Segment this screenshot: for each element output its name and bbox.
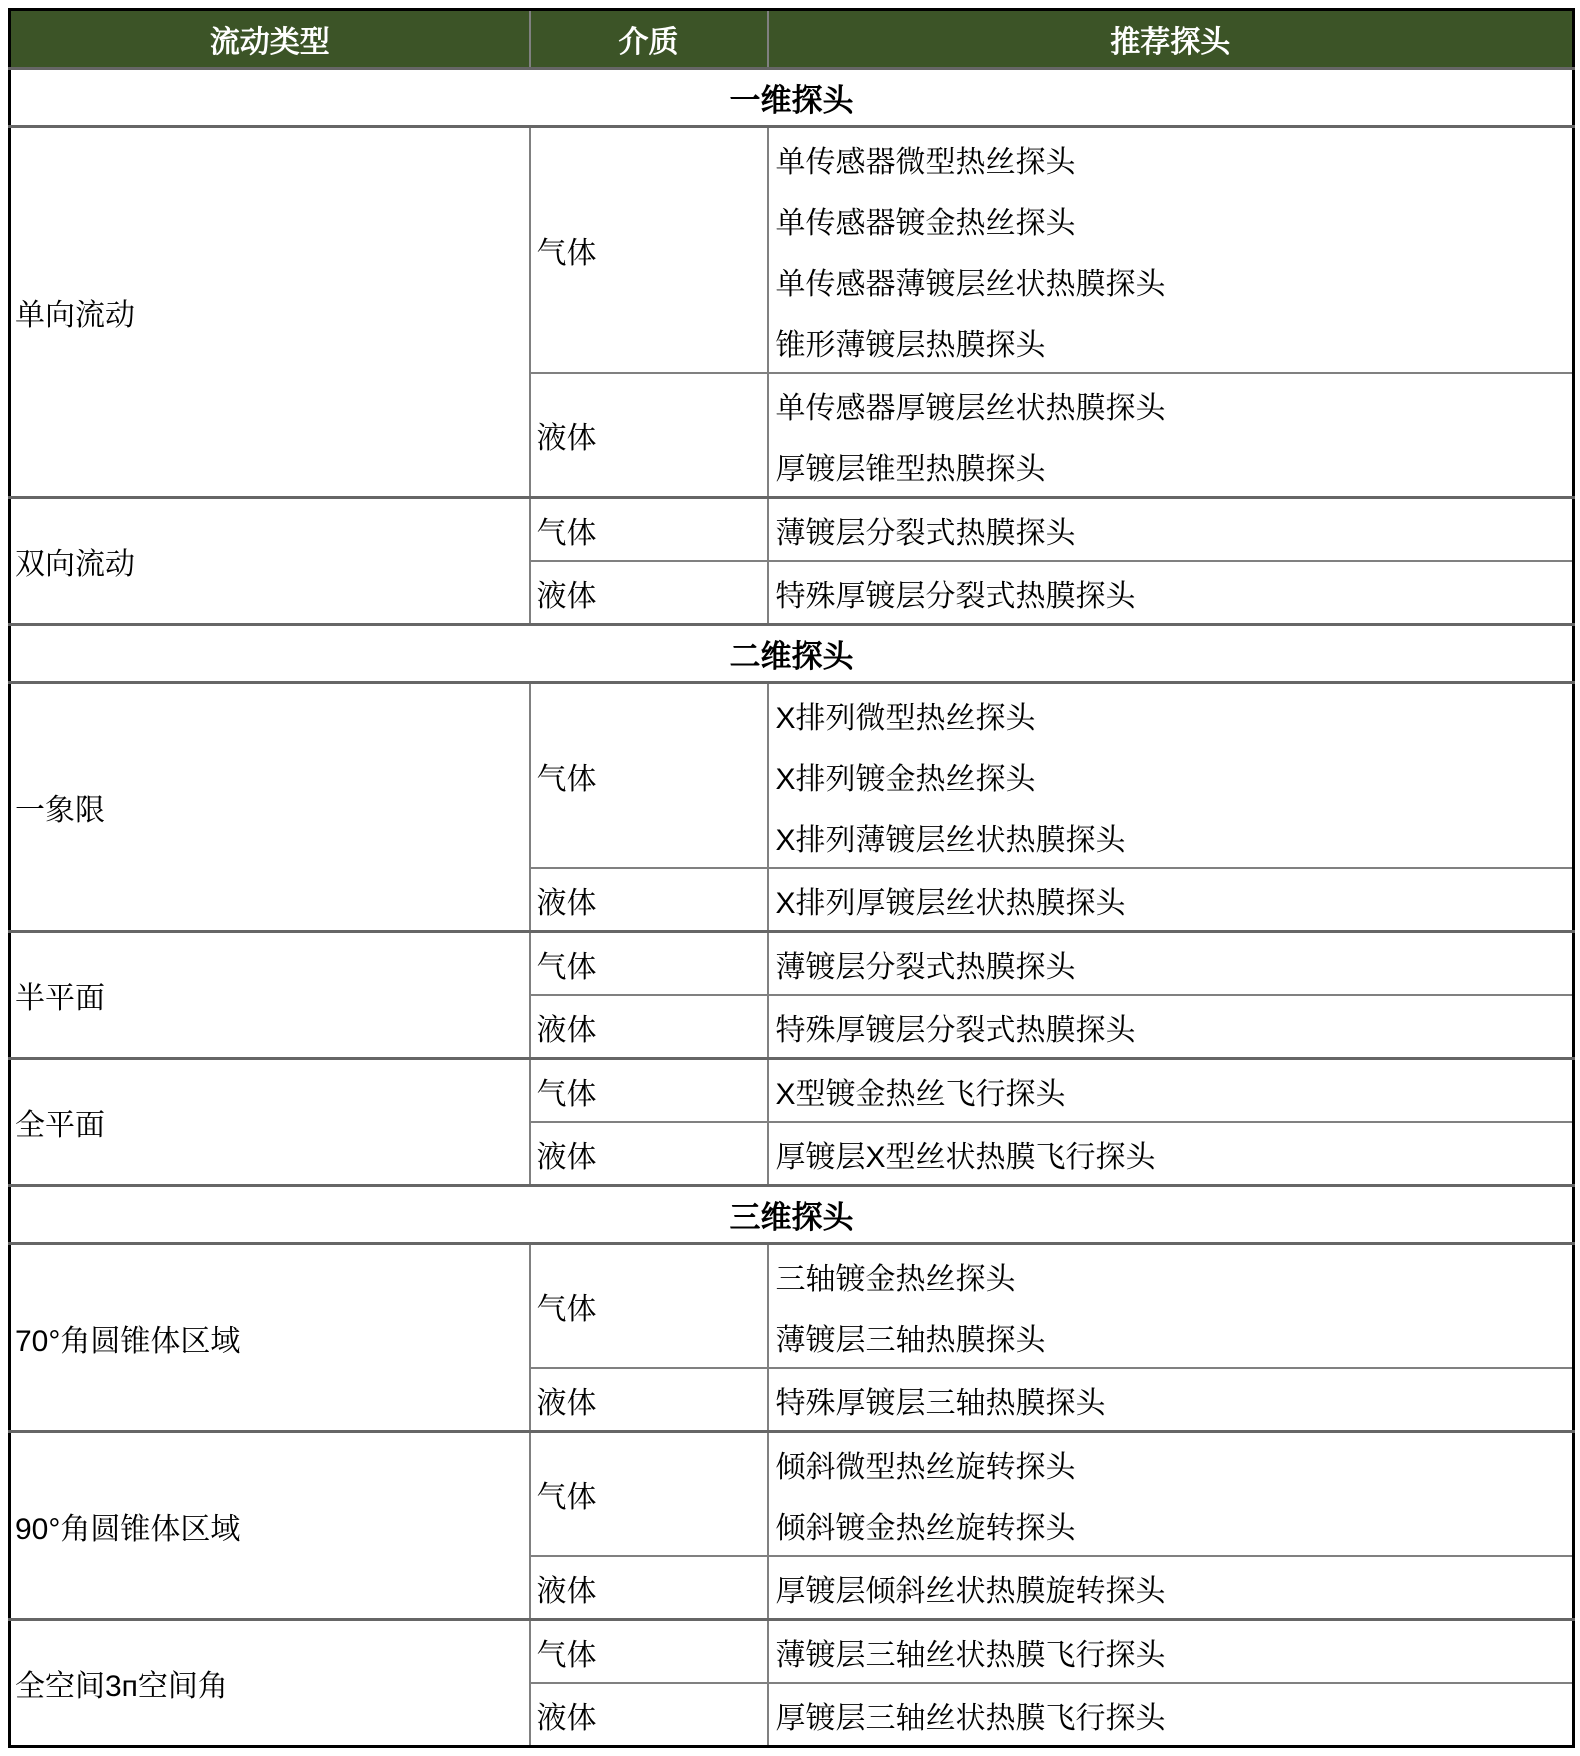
medium-cell: 液体 xyxy=(530,868,768,932)
medium-cell: 气体 xyxy=(530,498,768,562)
probe-name: X排列微型热丝探头 xyxy=(769,684,1573,745)
probe-name: 厚镀层X型丝状热膜飞行探头 xyxy=(769,1123,1573,1184)
probe-name: X型镀金热丝飞行探头 xyxy=(769,1060,1573,1121)
section-title: 二维探头 xyxy=(10,625,1574,683)
probe-name: 薄镀层分裂式热膜探头 xyxy=(769,933,1573,994)
flow-type-cell: 一象限 xyxy=(10,683,530,932)
probe-cell: 特殊厚镀层三轴热膜探头 xyxy=(768,1368,1574,1432)
probe-name: 单传感器厚镀层丝状热膜探头 xyxy=(769,374,1573,435)
probe-name: 厚镀层倾斜丝状热膜旋转探头 xyxy=(769,1557,1573,1618)
probe-cell: 厚镀层倾斜丝状热膜旋转探头 xyxy=(768,1556,1574,1620)
probe-name: 单传感器微型热丝探头 xyxy=(769,128,1573,189)
probe-cell: 特殊厚镀层分裂式热膜探头 xyxy=(768,561,1574,625)
probe-cell: 三轴镀金热丝探头薄镀层三轴热膜探头 xyxy=(768,1244,1574,1369)
column-header-flow-type: 流动类型 xyxy=(10,10,530,69)
probe-name: 特殊厚镀层分裂式热膜探头 xyxy=(769,996,1573,1057)
probe-cell: X排列厚镀层丝状热膜探头 xyxy=(768,868,1574,932)
medium-cell: 气体 xyxy=(530,1620,768,1684)
probe-name: 厚镀层锥型热膜探头 xyxy=(769,435,1573,496)
probe-name: 单传感器薄镀层丝状热膜探头 xyxy=(769,250,1573,311)
medium-cell: 液体 xyxy=(530,995,768,1059)
table-row: 全空间3п空间角气体薄镀层三轴丝状热膜飞行探头 xyxy=(10,1620,1574,1684)
column-header-recommended-probe: 推荐探头 xyxy=(768,10,1574,69)
table-body: 一维探头单向流动气体单传感器微型热丝探头单传感器镀金热丝探头单传感器薄镀层丝状热… xyxy=(10,69,1574,1747)
probe-cell: 薄镀层分裂式热膜探头 xyxy=(768,498,1574,562)
medium-cell: 气体 xyxy=(530,1244,768,1369)
probe-name: 单传感器镀金热丝探头 xyxy=(769,189,1573,250)
medium-cell: 气体 xyxy=(530,932,768,996)
flow-type-cell: 70°角圆锥体区域 xyxy=(10,1244,530,1432)
flow-type-cell: 全空间3п空间角 xyxy=(10,1620,530,1747)
medium-cell: 液体 xyxy=(530,561,768,625)
table-row: 全平面气体X型镀金热丝飞行探头 xyxy=(10,1059,1574,1123)
medium-cell: 液体 xyxy=(530,1122,768,1186)
medium-cell: 气体 xyxy=(530,1059,768,1123)
probe-name: 倾斜微型热丝旋转探头 xyxy=(769,1433,1573,1494)
probe-name: 特殊厚镀层分裂式热膜探头 xyxy=(769,562,1573,623)
probe-cell: X排列微型热丝探头X排列镀金热丝探头X排列薄镀层丝状热膜探头 xyxy=(768,683,1574,869)
flow-type-cell: 单向流动 xyxy=(10,127,530,498)
section-title: 三维探头 xyxy=(10,1186,1574,1244)
probe-cell: 单传感器厚镀层丝状热膜探头厚镀层锥型热膜探头 xyxy=(768,373,1574,498)
table-row: 单向流动气体单传感器微型热丝探头单传感器镀金热丝探头单传感器薄镀层丝状热膜探头锥… xyxy=(10,127,1574,374)
probe-cell: 薄镀层三轴丝状热膜飞行探头 xyxy=(768,1620,1574,1684)
section-title: 一维探头 xyxy=(10,69,1574,127)
medium-cell: 液体 xyxy=(530,1556,768,1620)
probe-cell: X型镀金热丝飞行探头 xyxy=(768,1059,1574,1123)
probe-name: X排列厚镀层丝状热膜探头 xyxy=(769,869,1573,930)
probe-recommendation-table: 流动类型 介质 推荐探头 一维探头单向流动气体单传感器微型热丝探头单传感器镀金热… xyxy=(8,8,1575,1748)
probe-name: 三轴镀金热丝探头 xyxy=(769,1245,1573,1306)
probe-cell: 单传感器微型热丝探头单传感器镀金热丝探头单传感器薄镀层丝状热膜探头锥形薄镀层热膜… xyxy=(768,127,1574,374)
probe-cell: 特殊厚镀层分裂式热膜探头 xyxy=(768,995,1574,1059)
probe-name: X排列薄镀层丝状热膜探头 xyxy=(769,806,1573,867)
document-page: 流动类型 介质 推荐探头 一维探头单向流动气体单传感器微型热丝探头单传感器镀金热… xyxy=(0,0,1580,1756)
medium-cell: 气体 xyxy=(530,127,768,374)
medium-cell: 液体 xyxy=(530,1368,768,1432)
medium-cell: 气体 xyxy=(530,683,768,869)
probe-name: 厚镀层三轴丝状热膜飞行探头 xyxy=(769,1684,1573,1745)
table-row: 90°角圆锥体区域气体倾斜微型热丝旋转探头倾斜镀金热丝旋转探头 xyxy=(10,1432,1574,1557)
probe-cell: 厚镀层三轴丝状热膜飞行探头 xyxy=(768,1683,1574,1747)
flow-type-cell: 全平面 xyxy=(10,1059,530,1186)
medium-cell: 液体 xyxy=(530,373,768,498)
table-row: 半平面气体薄镀层分裂式热膜探头 xyxy=(10,932,1574,996)
probe-name: 薄镀层三轴热膜探头 xyxy=(769,1306,1573,1367)
flow-type-cell: 90°角圆锥体区域 xyxy=(10,1432,530,1620)
medium-cell: 气体 xyxy=(530,1432,768,1557)
table-row: 一象限气体X排列微型热丝探头X排列镀金热丝探头X排列薄镀层丝状热膜探头 xyxy=(10,683,1574,869)
probe-name: 薄镀层分裂式热膜探头 xyxy=(769,499,1573,560)
header-row: 流动类型 介质 推荐探头 xyxy=(10,10,1574,69)
section-title-row: 二维探头 xyxy=(10,625,1574,683)
probe-cell: 厚镀层X型丝状热膜飞行探头 xyxy=(768,1122,1574,1186)
probe-name: 锥形薄镀层热膜探头 xyxy=(769,311,1573,372)
section-title-row: 一维探头 xyxy=(10,69,1574,127)
table-row: 70°角圆锥体区域气体三轴镀金热丝探头薄镀层三轴热膜探头 xyxy=(10,1244,1574,1369)
probe-name: 倾斜镀金热丝旋转探头 xyxy=(769,1494,1573,1555)
column-header-medium: 介质 xyxy=(530,10,768,69)
probe-name: 特殊厚镀层三轴热膜探头 xyxy=(769,1369,1573,1430)
flow-type-cell: 双向流动 xyxy=(10,498,530,625)
medium-cell: 液体 xyxy=(530,1683,768,1747)
flow-type-cell: 半平面 xyxy=(10,932,530,1059)
probe-cell: 薄镀层分裂式热膜探头 xyxy=(768,932,1574,996)
section-title-row: 三维探头 xyxy=(10,1186,1574,1244)
probe-name: 薄镀层三轴丝状热膜飞行探头 xyxy=(769,1621,1573,1682)
probe-cell: 倾斜微型热丝旋转探头倾斜镀金热丝旋转探头 xyxy=(768,1432,1574,1557)
probe-name: X排列镀金热丝探头 xyxy=(769,745,1573,806)
table-row: 双向流动气体薄镀层分裂式热膜探头 xyxy=(10,498,1574,562)
